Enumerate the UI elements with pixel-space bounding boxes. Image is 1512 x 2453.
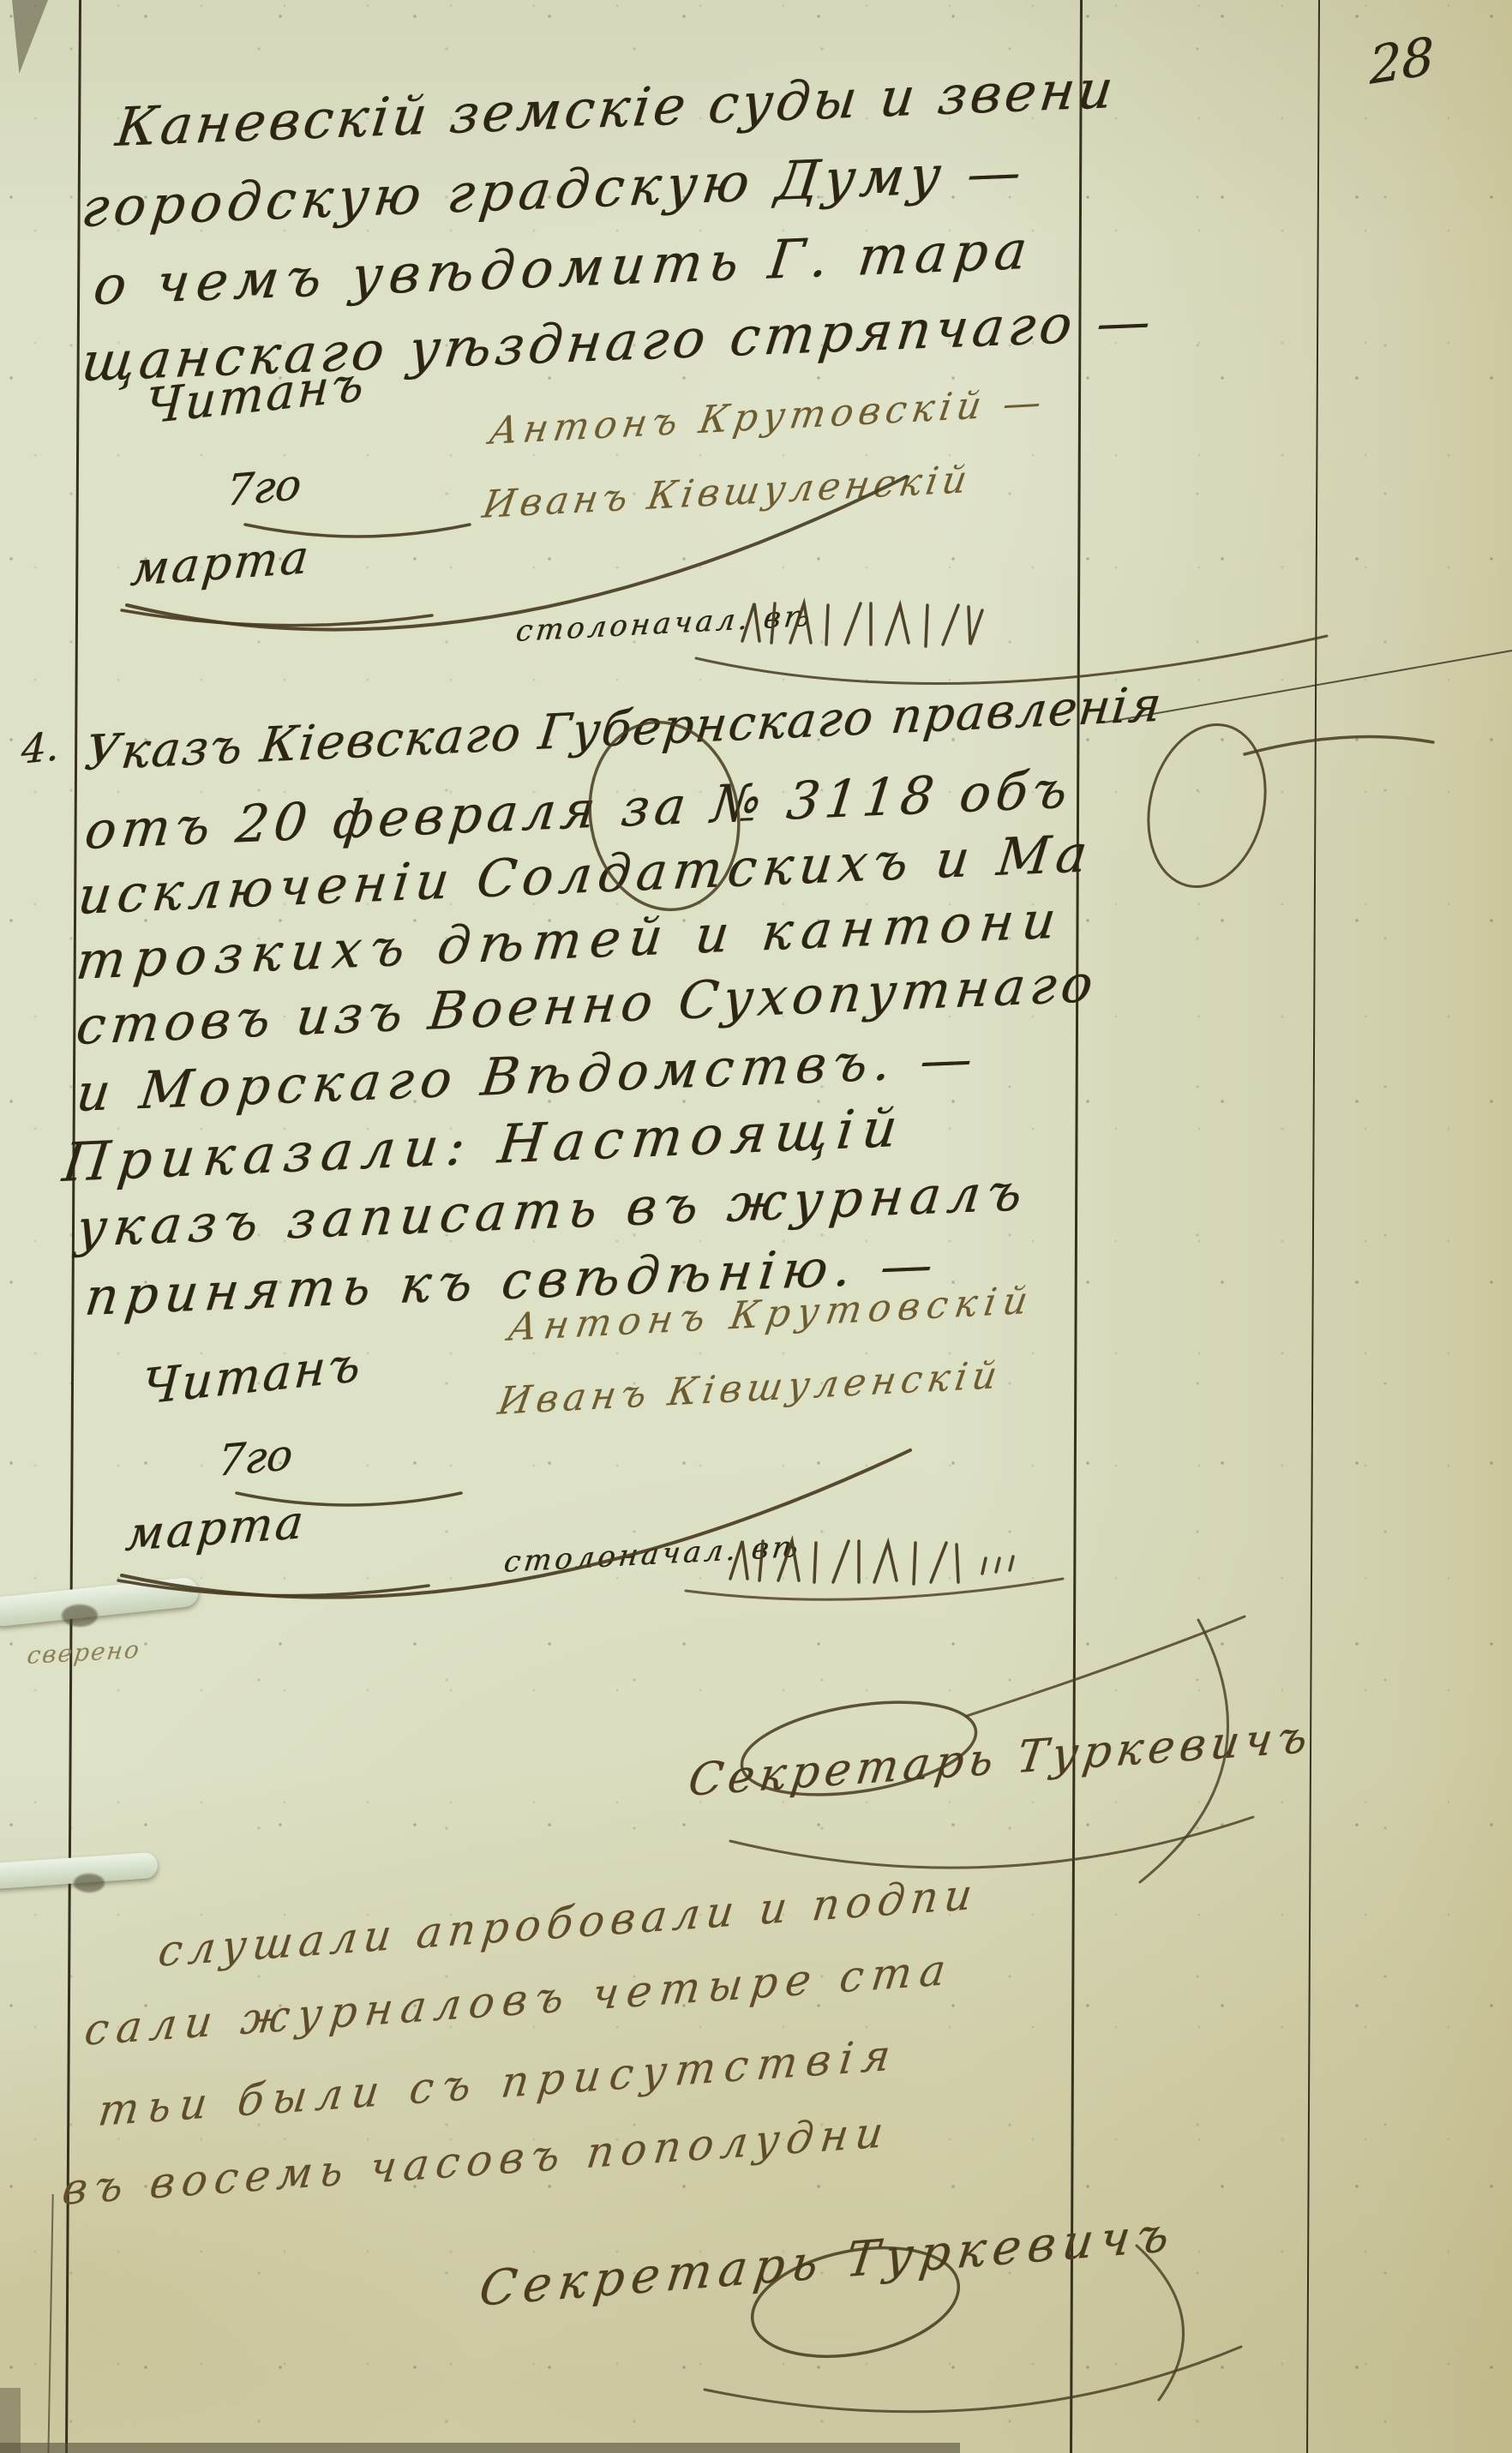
margin-note-month: марта: [129, 534, 313, 593]
margin-note-date: 7го: [216, 1433, 294, 1483]
margin-underline-month: [122, 610, 432, 626]
manuscript-page: 28 Каневскій земскіе суды и звени городс…: [0, 0, 1512, 2453]
signature-member: Антонъ Крутовскій —: [487, 384, 1049, 451]
secretary-flourish-tail: [967, 1616, 1245, 1716]
right-edge-line: [1306, 0, 1320, 2453]
binding-thread-upper: [0, 1576, 200, 1628]
signature-member: Иванъ Ківшуленскій: [495, 1357, 1005, 1421]
page-number: 28: [1369, 30, 1434, 93]
margin-note-month: марта: [123, 1499, 308, 1558]
signature-member: Иванъ Ківшуленскій: [480, 461, 974, 525]
clerk-scribble-sweep: [686, 1579, 1063, 1599]
secretary-flourish-underline: [730, 1817, 1253, 1868]
binding-hole-upper: [62, 1604, 98, 1627]
entry-number: 4.: [21, 726, 59, 770]
margin-verification-word: сверено: [26, 1638, 142, 1668]
bottom-left-edge: [0, 2388, 21, 2453]
secretary-flourish-tail: [1137, 2246, 1184, 2400]
flourish-end-loop: [1132, 712, 1282, 899]
manuscript-line: городскую градскую Думу —: [79, 145, 1029, 235]
clerk-scribble-sweep: [696, 636, 1327, 684]
diagonal-crease-line: [1104, 647, 1512, 723]
margin-note-date: 7го: [225, 463, 303, 513]
manuscript-line: Каневскій земскіе суды и звени: [113, 63, 1119, 154]
clerk-countersign-label: столоначал. вѣ: [502, 1532, 803, 1577]
margin-note-read: Читанъ: [141, 1340, 364, 1412]
top-left-edge-notch: [12, 0, 48, 74]
left-margin-line-secondary: [47, 2194, 53, 2453]
secretary-flourish-underline: [705, 2347, 1241, 2412]
secretary-signature: Секретарь Туркевичъ: [477, 2210, 1179, 2314]
clerk-countersign-label: столоначал. вѣ: [514, 602, 815, 646]
flourish-end-dash: [1245, 737, 1433, 754]
binding-hole-lower: [74, 1874, 105, 1892]
bottom-edge-shadow: [0, 2443, 960, 2453]
secretary-signature: Секретарь Туркевичъ: [686, 1715, 1315, 1803]
right-column-line: [1070, 0, 1083, 2453]
